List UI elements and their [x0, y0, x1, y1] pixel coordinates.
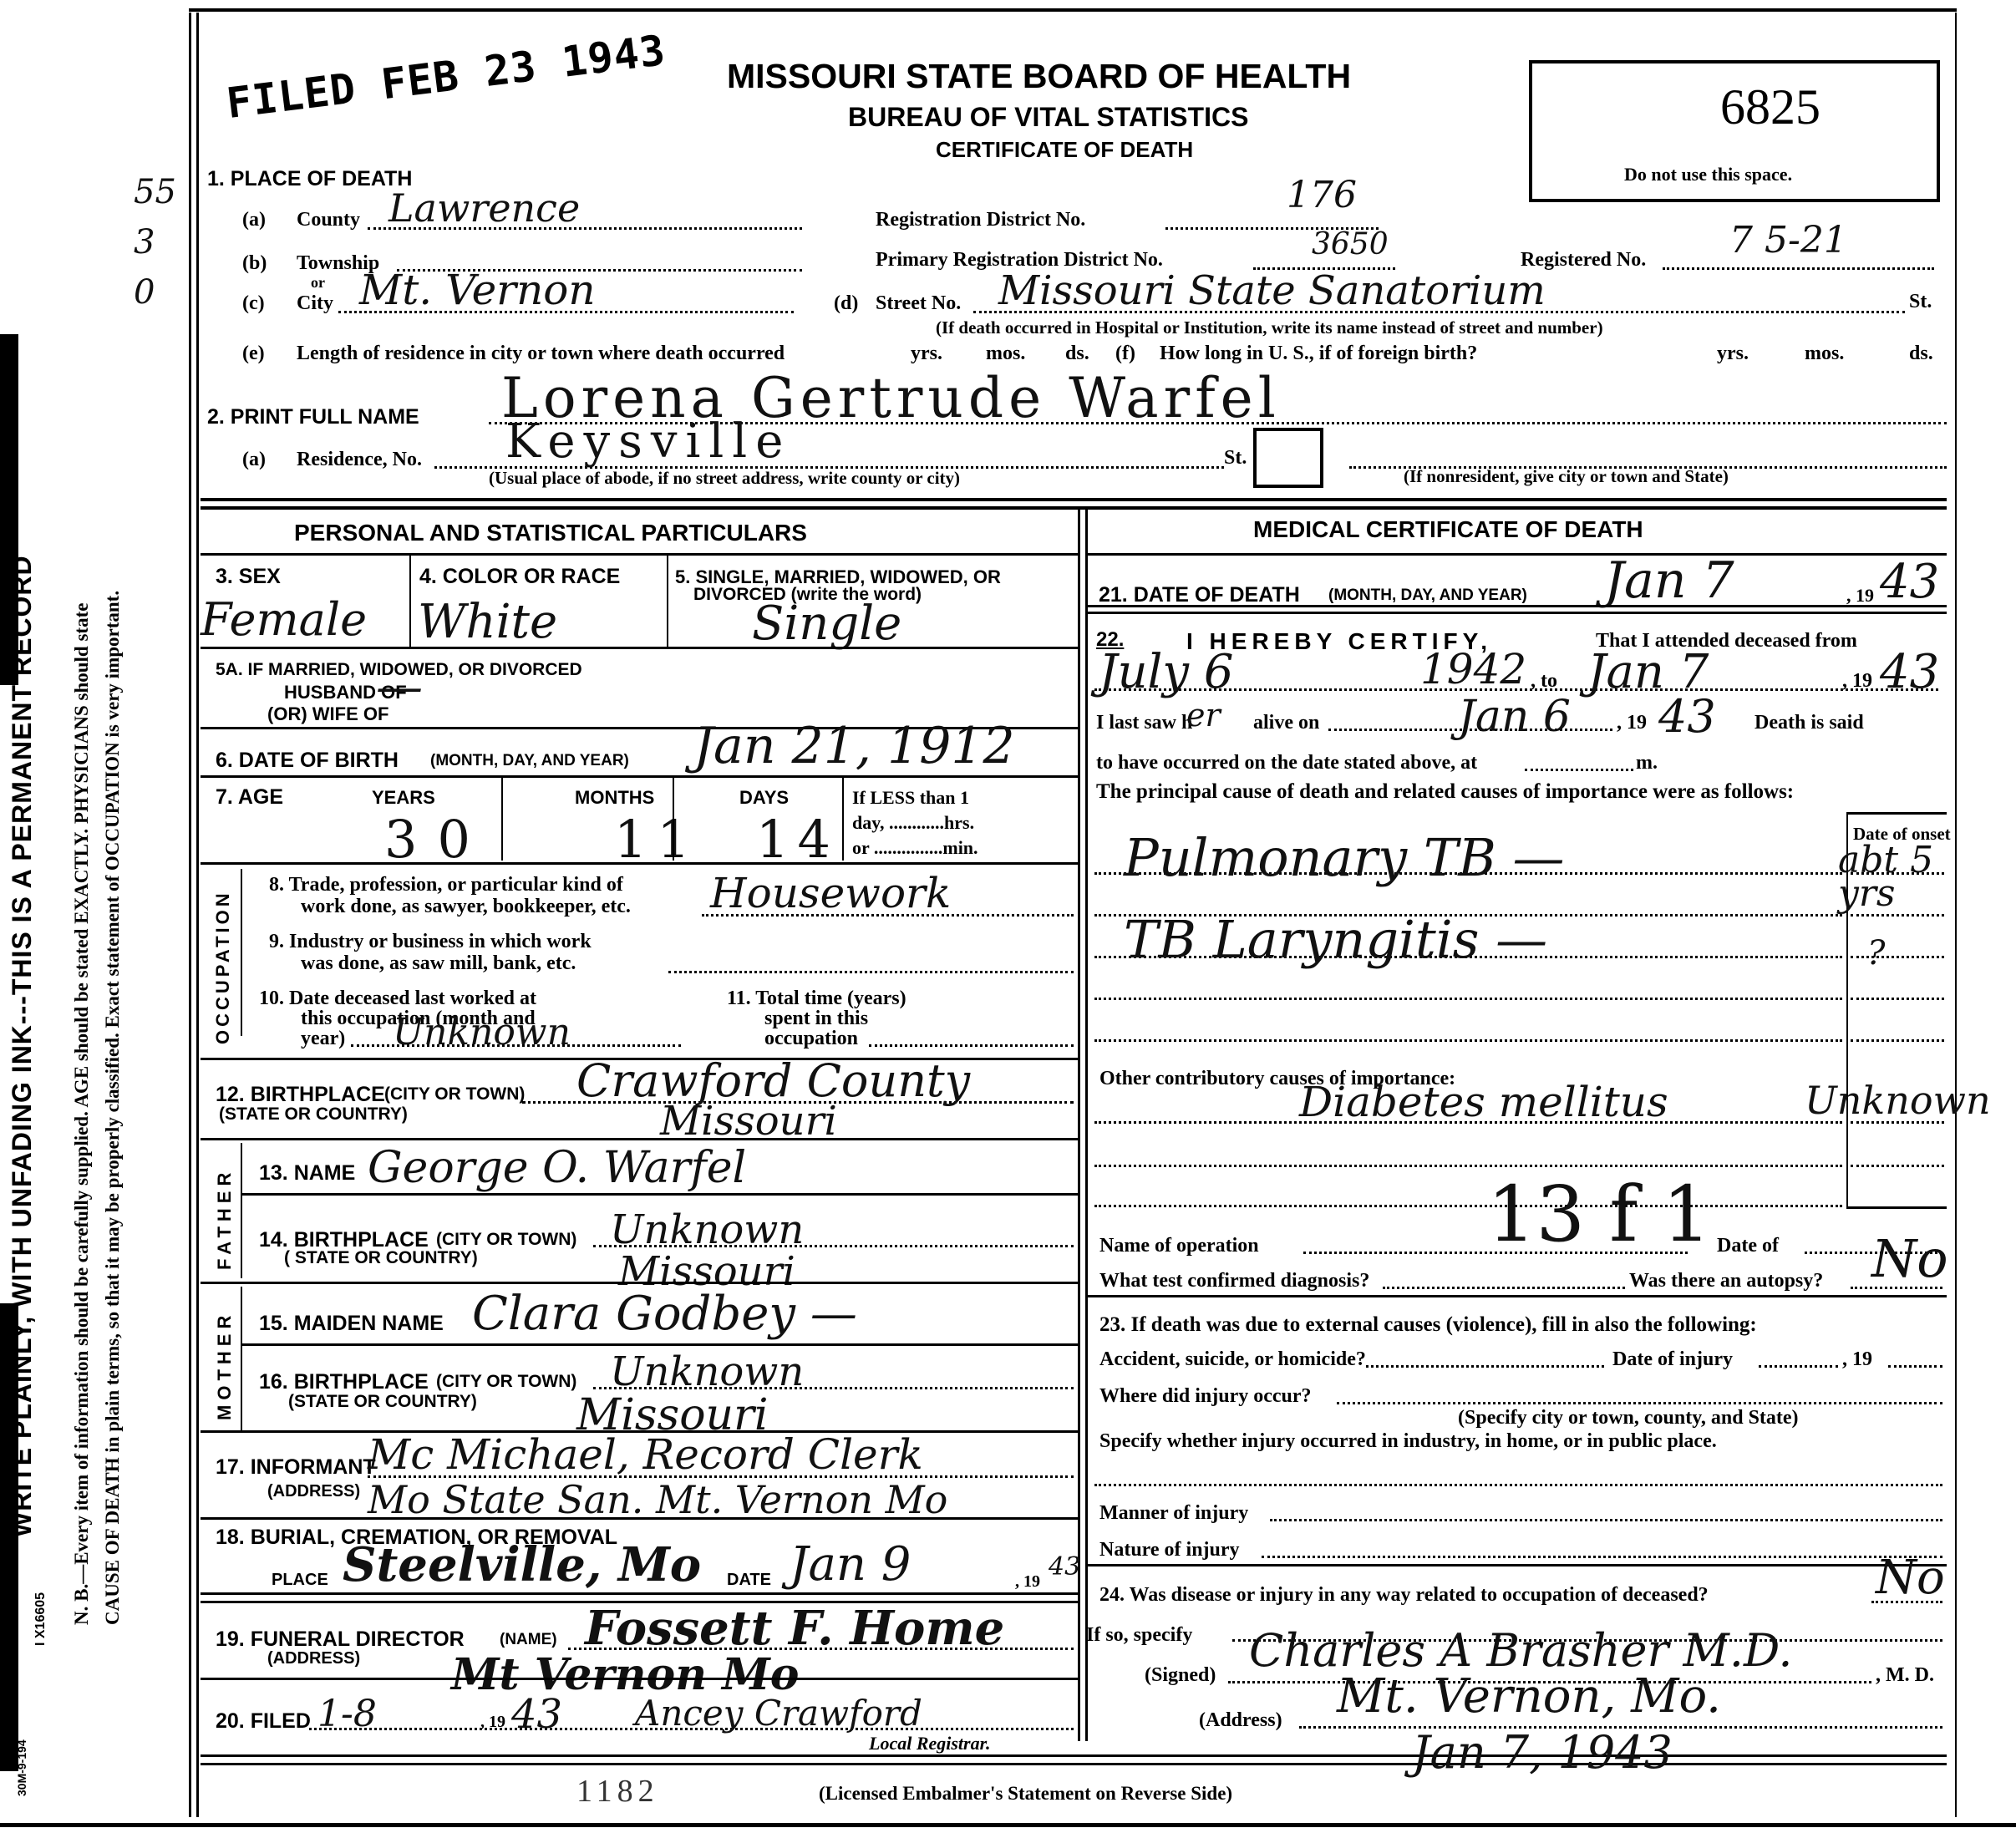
- filed-year-value[interactable]: 43: [511, 1691, 562, 1738]
- margin-handwritten-note: 55 3 0: [134, 167, 184, 317]
- father-side-label: FATHER: [214, 1168, 236, 1270]
- certificate-number-box: 6825 Do not use this space.: [1529, 60, 1940, 202]
- address-label: (Address): [1199, 1709, 1282, 1732]
- medical-title-rule: [1088, 553, 1947, 556]
- mother-birthplace-city[interactable]: Unknown: [610, 1348, 804, 1395]
- form-name: CERTIFICATE OF DEATH: [936, 137, 1193, 163]
- street-note: (If death occurred in Hospital or Instit…: [936, 317, 1603, 338]
- primary-registration-value[interactable]: 3650: [1312, 227, 1389, 262]
- signed-label: (Signed): [1145, 1664, 1216, 1687]
- operation-label: Name of operation: [1099, 1235, 1259, 1257]
- dod-year-prefix: , 19: [1846, 585, 1874, 607]
- sex-race-divider: [409, 555, 411, 647]
- foreign-mos-label: mos.: [1805, 343, 1844, 365]
- birthplace-sublabel: (CITY OR TOWN): [384, 1084, 525, 1104]
- union-code: I X16605: [33, 1592, 48, 1646]
- personal-title-rule: [201, 553, 1078, 556]
- attended-to-year[interactable]: 43: [1880, 645, 1939, 699]
- less-than-day-label: If LESS than 1: [852, 787, 969, 809]
- injury-place-line: [1094, 1484, 1942, 1486]
- alive-on-label: alive on: [1253, 712, 1319, 734]
- father-birthplace-state-label: ( STATE OR COUNTRY): [284, 1248, 478, 1268]
- minutes-field[interactable]: or ...............min.: [852, 837, 978, 859]
- residence-mos-label: mos.: [986, 343, 1025, 365]
- autopsy-label: Was there an autopsy?: [1629, 1270, 1823, 1292]
- residence-length-prefix: (e): [242, 343, 265, 365]
- birthplace-label: 12. BIRTHPLACE: [216, 1083, 385, 1107]
- other-onset-line-2: [1851, 1165, 1944, 1167]
- race-value[interactable]: White: [418, 595, 557, 649]
- informant-label: 17. INFORMANT: [216, 1455, 376, 1480]
- age-row-rule: [201, 862, 1078, 865]
- principal-cause-label: The principal cause of death and related…: [1096, 780, 1794, 804]
- dob-sublabel: (MONTH, DAY, AND YEAR): [430, 752, 629, 770]
- cause-2-value[interactable]: TB Laryngitis —: [1124, 909, 1547, 970]
- total-time-line: [869, 1044, 1074, 1047]
- operation-date-label: Date of: [1717, 1235, 1779, 1257]
- certificate-number: 6825: [1720, 79, 1820, 136]
- marital-value[interactable]: Single: [752, 597, 901, 651]
- autopsy-value[interactable]: No: [1871, 1228, 1948, 1289]
- residence-checkbox[interactable]: [1253, 428, 1323, 488]
- physician-sign-date[interactable]: Jan 7, 1943: [1412, 1726, 1673, 1779]
- residence-note: (Usual place of abode, if no street addr…: [489, 468, 960, 489]
- cause-line-5: [1094, 1039, 1842, 1042]
- injury-date-line: [1759, 1365, 1838, 1368]
- race-label: 4. COLOR OR RACE: [419, 565, 620, 589]
- informant-address-label: (ADDRESS): [267, 1482, 360, 1501]
- bottom-stamp-number: 1182: [576, 1773, 659, 1810]
- attended-from-year[interactable]: 1942: [1420, 645, 1526, 693]
- residence-suffix: St.: [1224, 447, 1247, 470]
- funeral-row-rule: [201, 1678, 1078, 1680]
- attended-from-value[interactable]: July 6: [1099, 645, 1234, 699]
- occupation-side-divider: [241, 869, 242, 1036]
- trade-label-2: work done, as sawyer, bookkeeper, etc.: [301, 896, 631, 918]
- personal-section-title: PERSONAL AND STATISTICAL PARTICULARS: [294, 520, 807, 546]
- city-prefix: (c): [242, 292, 265, 315]
- attended-to-label: , to: [1531, 670, 1557, 693]
- cause-1-onset[interactable]: abt 5 yrs: [1838, 844, 1947, 911]
- injury-date-label: Date of injury: [1612, 1348, 1733, 1371]
- if-so-specify-label: If so, specify: [1086, 1624, 1192, 1647]
- filed-year-prefix: , 19: [480, 1713, 505, 1732]
- last-saw-year-prefix: , 19: [1617, 712, 1647, 734]
- trade-value[interactable]: Housework: [710, 869, 951, 917]
- external-causes-label: 23. If death was due to external causes …: [1099, 1313, 1757, 1337]
- father-side-divider: [241, 1143, 242, 1278]
- mother-name-rule: [242, 1343, 1078, 1346]
- foreign-prefix: (f): [1115, 343, 1135, 365]
- street-prefix: (d): [834, 292, 858, 315]
- filed-stamp: FILED FEB 23 1943: [224, 26, 668, 128]
- sex-row-rule: [201, 647, 1078, 649]
- industry-label-2: was done, as saw mill, bank, etc.: [301, 952, 576, 975]
- informant-address-value[interactable]: Mo State San. Mt. Vernon Mo: [368, 1477, 947, 1522]
- burial-date-value[interactable]: Jan 9: [790, 1537, 911, 1592]
- cause-line-4: [1094, 998, 1842, 1000]
- residence-value[interactable]: Keysville: [505, 414, 791, 469]
- operation-value[interactable]: 13 f 1: [1487, 1170, 1711, 1259]
- years-label: YEARS: [372, 787, 435, 809]
- occupation-related-value[interactable]: No: [1876, 1551, 1945, 1605]
- county-label: County: [297, 209, 360, 231]
- years-value[interactable]: 30: [384, 809, 490, 870]
- birthplace-state-label: (STATE OR COUNTRY): [219, 1104, 408, 1125]
- sex-label: 3. SEX: [216, 565, 281, 589]
- filed-row-rule-1: [201, 1754, 1947, 1757]
- occupation-side-label: OCCUPATION: [212, 890, 234, 1044]
- father-name-value[interactable]: George O. Warfel: [368, 1143, 746, 1193]
- industry-line: [668, 971, 1074, 973]
- manner-line: [1270, 1519, 1942, 1521]
- father-name-rule: [242, 1193, 1078, 1196]
- burial-year-value[interactable]: 43: [1049, 1552, 1080, 1582]
- dob-value[interactable]: Jan 21, 1912: [693, 717, 1015, 775]
- local-registrar-label: Local Registrar.: [869, 1733, 990, 1754]
- informant-row-rule: [201, 1517, 1078, 1520]
- street-label: Street No.: [876, 292, 961, 315]
- foreign-birth-label: How long in U. S., if of foreign birth?: [1160, 343, 1477, 365]
- registration-district-label: Registration District No.: [876, 209, 1085, 231]
- industry-label-1: 9. Industry or business in which work: [269, 931, 592, 953]
- residence-length-label: Length of residence in city or town wher…: [297, 343, 785, 365]
- street-suffix: St.: [1909, 291, 1932, 313]
- dob-label: 6. DATE OF BIRTH: [216, 749, 399, 773]
- injury-year-line: [1888, 1365, 1942, 1368]
- city-label: City: [297, 292, 333, 315]
- months-label: MONTHS: [575, 787, 654, 809]
- left-border-outer: [189, 13, 191, 1817]
- funeral-director-label: 19. FUNERAL DIRECTOR: [216, 1627, 465, 1652]
- right-border: [1955, 13, 1957, 1817]
- race-marital-divider: [667, 555, 668, 647]
- mother-birthplace-state-label: (STATE OR COUNTRY): [288, 1392, 477, 1412]
- full-name-label: 2. PRINT FULL NAME: [207, 405, 419, 429]
- mother-name-label: 15. MAIDEN NAME: [259, 1312, 444, 1336]
- filed-date-value[interactable]: 1-8: [317, 1693, 377, 1735]
- days-value[interactable]: 14: [756, 809, 839, 870]
- top-border: [189, 8, 1957, 12]
- column-divider-b: [1085, 506, 1088, 1741]
- header-divider-1: [201, 498, 1947, 501]
- funeral-director-name[interactable]: Fossett F. Home: [585, 1601, 1004, 1656]
- spouse-value[interactable]: —: [376, 660, 423, 714]
- board-title: MISSOURI STATE BOARD OF HEALTH: [727, 57, 1351, 96]
- burial-place-label: PLACE: [272, 1571, 328, 1590]
- street-value[interactable]: Missouri State Sanatorium: [998, 267, 1546, 314]
- registered-number-line: [1663, 267, 1934, 270]
- age-label: 7. AGE: [216, 785, 283, 810]
- total-time-label-3: occupation: [764, 1028, 858, 1050]
- dod-rule-1: [1088, 605, 1947, 607]
- bureau-subtitle: BUREAU OF VITAL STATISTICS: [848, 102, 1248, 133]
- last-worked-value[interactable]: Unknown: [393, 1011, 571, 1054]
- last-saw-label: I last saw h: [1096, 712, 1192, 734]
- mother-name-value[interactable]: Clara Godbey —: [472, 1287, 857, 1341]
- age-divider-2: [673, 777, 674, 861]
- registration-district-value[interactable]: 176: [1287, 174, 1357, 216]
- local-registrar-signature[interactable]: Ancey Crawford: [635, 1693, 922, 1734]
- residence-yrs-label: yrs.: [911, 343, 942, 365]
- dod-year-value[interactable]: 43: [1880, 555, 1939, 609]
- onset-line-3: [1851, 956, 1944, 958]
- other-causes-line-2: [1094, 1165, 1842, 1167]
- father-birthplace-sublabel: (CITY OR TOWN): [436, 1230, 576, 1250]
- or-label: or: [311, 274, 325, 292]
- county-prefix: (a): [242, 209, 266, 231]
- mother-birthplace-label: 16. BIRTHPLACE: [259, 1370, 429, 1394]
- residence-prefix: (a): [242, 449, 266, 471]
- burial-place-value[interactable]: Steelville, Mo: [343, 1537, 701, 1592]
- accident-line: [1366, 1365, 1604, 1368]
- age-divider-3: [842, 777, 844, 861]
- foreign-ds-label: ds.: [1909, 343, 1933, 365]
- age-divider-1: [501, 777, 503, 861]
- hours-field[interactable]: day, ............hrs.: [852, 812, 974, 834]
- physician-address[interactable]: Mt. Vernon, Mo.: [1337, 1669, 1721, 1724]
- onset-box-bottom: [1846, 1206, 1947, 1209]
- trade-label-1: 8. Trade, profession, or particular kind…: [269, 874, 623, 896]
- other-causes-value[interactable]: Diabetes mellitus: [1299, 1078, 1668, 1126]
- injury-where-note: (Specify city or town, county, and State…: [1458, 1407, 1799, 1429]
- burial-date-label: DATE: [727, 1571, 771, 1590]
- dod-label: 21. DATE OF DEATH: [1099, 583, 1300, 607]
- burial-row-rule-1: [201, 1592, 1078, 1595]
- occurred-label: to have occurred on the date stated abov…: [1096, 752, 1477, 774]
- months-value[interactable]: 11: [614, 809, 700, 870]
- last-worked-label-1: 10. Date deceased last worked at: [259, 988, 536, 1010]
- mother-side-label: MOTHER: [214, 1311, 236, 1420]
- onset-line-5: [1851, 1039, 1944, 1042]
- embalmer-note: (Licensed Embalmer's Statement on Revers…: [819, 1783, 1232, 1805]
- last-saw-year[interactable]: 43: [1658, 690, 1716, 743]
- other-causes-line-3: [1094, 1205, 1842, 1207]
- last-worked-label-3: year): [301, 1028, 345, 1050]
- funeral-address-label: (ADDRESS): [267, 1649, 360, 1668]
- header-divider-2: [201, 506, 1947, 510]
- city-value[interactable]: Mt. Vernon: [359, 266, 596, 314]
- informant-value[interactable]: Mc Michael, Record Clerk: [368, 1430, 923, 1479]
- other-causes-onset[interactable]: Unknown: [1805, 1078, 1991, 1123]
- death-said-label: Death is said: [1754, 712, 1864, 734]
- injury-row-rule: [1088, 1564, 1947, 1566]
- residence-ds-label: ds.: [1065, 343, 1089, 365]
- test-confirmed-line: [1383, 1287, 1625, 1289]
- days-label: DAYS: [739, 787, 789, 809]
- registered-number-value[interactable]: 7 5-21: [1729, 219, 1847, 262]
- occurred-suffix: m.: [1636, 752, 1658, 774]
- cause-1-value[interactable]: Pulmonary TB —: [1124, 827, 1564, 888]
- nature-label: Nature of injury: [1099, 1539, 1240, 1561]
- nonresident-note: (If nonresident, give city or town and S…: [1404, 466, 1729, 487]
- nb-notice-line-1: N. B.—Every item of information should b…: [71, 603, 93, 1625]
- onset-line-4: [1851, 998, 1944, 1000]
- left-border-inner: [196, 13, 199, 1817]
- dod-rule-2: [1088, 612, 1947, 614]
- dob-row-rule: [201, 775, 1078, 778]
- place-of-death-label: 1. PLACE OF DEATH: [207, 167, 412, 191]
- md-suffix: , M. D.: [1876, 1664, 1934, 1687]
- medical-section-title: MEDICAL CERTIFICATE OF DEATH: [1253, 516, 1643, 543]
- spouse-label-3: (OR) WIFE OF: [267, 703, 388, 725]
- birthplace-row-rule: [201, 1138, 1078, 1140]
- county-value[interactable]: Lawrence: [388, 185, 580, 231]
- funeral-director-name-sublabel: (NAME): [500, 1631, 557, 1649]
- filed-row-rule-2: [201, 1763, 1947, 1765]
- permanent-record-notice: WRITE PLAINLY, WITH UNFADING INK---THIS …: [7, 555, 38, 1537]
- injury-place-label: Specify whether injury occurred in indus…: [1099, 1430, 1717, 1453]
- total-time-label-2: spent in this: [764, 1008, 868, 1030]
- dod-value[interactable]: Jan 7: [1604, 551, 1734, 610]
- township-prefix: (b): [242, 252, 267, 275]
- last-saw-pronoun[interactable]: er: [1186, 697, 1221, 734]
- print-code: 30M-9-194: [15, 1739, 28, 1796]
- residence-label: Residence, No.: [297, 449, 422, 471]
- onset-box-top: [1846, 812, 1947, 815]
- mother-side-divider: [241, 1287, 242, 1430]
- dod-sublabel: (MONTH, DAY, AND YEAR): [1328, 586, 1527, 605]
- cause-2-onset[interactable]: ?: [1867, 934, 1885, 972]
- injury-year-prefix: , 19: [1842, 1348, 1872, 1371]
- father-name-label: 13. NAME: [259, 1161, 355, 1186]
- nature-line: [1262, 1556, 1942, 1558]
- injury-where-line: [1337, 1402, 1942, 1404]
- foreign-yrs-label: yrs.: [1717, 343, 1749, 365]
- sex-value[interactable]: Female: [201, 593, 367, 646]
- total-time-label-1: 11. Total time (years): [727, 988, 906, 1010]
- test-confirmed-label: What test confirmed diagnosis?: [1099, 1270, 1369, 1292]
- nb-notice-line-2: CAUSE OF DEATH in plain terms, so that i…: [102, 591, 124, 1625]
- bottom-border: [0, 1823, 2016, 1827]
- manner-label: Manner of injury: [1099, 1502, 1248, 1525]
- last-saw-date[interactable]: Jan 6: [1458, 692, 1571, 742]
- do-not-use-note: Do not use this space.: [1624, 164, 1792, 185]
- burial-year-prefix: , 19: [1015, 1572, 1040, 1592]
- occupation-related-label: 24. Was disease or injury in any way rel…: [1099, 1584, 1709, 1607]
- filed-label: 20. FILED: [216, 1709, 311, 1734]
- accident-label: Accident, suicide, or homicide?: [1099, 1348, 1366, 1371]
- injury-where-label: Where did injury occur?: [1099, 1385, 1312, 1408]
- father-row-rule: [201, 1282, 1078, 1284]
- occurred-time-line: [1525, 769, 1633, 771]
- father-birthplace-city[interactable]: Unknown: [610, 1206, 804, 1253]
- operation-row-rule: [1088, 1295, 1947, 1297]
- mother-birthplace-sublabel: (CITY OR TOWN): [436, 1372, 576, 1392]
- attended-to-year-prefix: , 19: [1842, 670, 1872, 693]
